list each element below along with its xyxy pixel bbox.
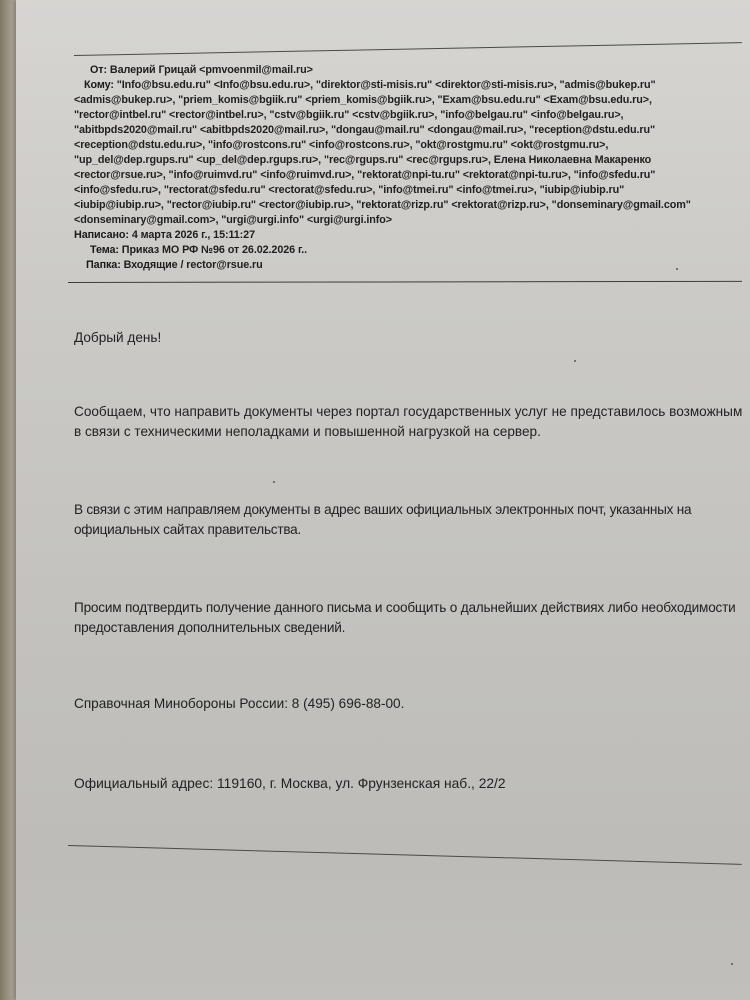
paper-speck bbox=[676, 268, 678, 270]
to-line: <rector@rsue.ru>, "info@ruimvd.ru" <info… bbox=[74, 168, 734, 183]
from-row: От: Валерий Грицай <pmvoenmil@mail.ru> bbox=[74, 63, 734, 78]
to-row: Кому: "Info@bsu.edu.ru" <Info@bsu.edu.ru… bbox=[74, 78, 734, 93]
greeting: Добрый день! bbox=[74, 328, 744, 348]
folder-row: Папка: Входящие / rector@rsue.ru bbox=[74, 258, 734, 273]
sent-label: Написано: bbox=[74, 229, 129, 241]
to-line: <donseminary@gmail.com>, "urgi@urgi.info… bbox=[74, 213, 734, 228]
subject-value: Приказ МО РФ №96 от 26.02.2026 г.. bbox=[122, 244, 307, 256]
to-line: "up_del@dep.rgups.ru" <up_del@dep.rgups.… bbox=[74, 153, 734, 168]
paragraph-portal-failure: Сообщаем, что направить документы через … bbox=[74, 402, 744, 442]
to-line: <iubip@iubip.ru>, "rector@iubip.ru" <rec… bbox=[74, 198, 734, 213]
folder-label: Папка: bbox=[86, 259, 121, 271]
to-line: "abitbpds2020@mail.ru" <abitbpds2020@mai… bbox=[74, 123, 734, 138]
email-header: От: Валерий Грицай <pmvoenmil@mail.ru> К… bbox=[74, 63, 734, 273]
paper-speck bbox=[731, 963, 733, 965]
paragraph-email-delivery: В связи с этим направляем документы в ад… bbox=[74, 500, 744, 540]
paper-speck bbox=[273, 481, 275, 483]
subject-row: Тема: Приказ МО РФ №96 от 26.02.2026 г.. bbox=[74, 243, 734, 258]
to-line: "rector@intbel.ru" <rector@intbel.ru>, "… bbox=[74, 108, 734, 123]
reference-phone: Справочная Минобороны России: 8 (495) 69… bbox=[74, 694, 744, 714]
to-line: <reception@dstu.edu.ru>, "info@rostcons.… bbox=[74, 138, 734, 153]
from-value: Валерий Грицай <pmvoenmil@mail.ru> bbox=[110, 64, 313, 76]
paragraph-confirmation-request: Просим подтвердить получение данного пис… bbox=[74, 598, 744, 638]
to-label: Кому: bbox=[84, 79, 114, 91]
folder-value: Входящие / rector@rsue.ru bbox=[124, 259, 263, 271]
from-label: От: bbox=[90, 64, 107, 76]
paper-speck bbox=[574, 360, 576, 362]
to-line: "Info@bsu.edu.ru" <Info@bsu.edu.ru>, "di… bbox=[117, 79, 656, 91]
to-line: <admis@bukep.ru>, "priem_komis@bgiik.ru"… bbox=[74, 93, 734, 108]
sent-value: 4 марта 2026 г., 15:11:27 bbox=[132, 229, 255, 241]
to-line: <info@sfedu.ru>, "rectorat@sfedu.ru" <re… bbox=[74, 183, 734, 198]
sent-row: Написано: 4 марта 2026 г., 15:11:27 bbox=[74, 228, 734, 243]
official-address: Официальный адрес: 119160, г. Москва, ул… bbox=[74, 774, 744, 794]
subject-label: Тема: bbox=[90, 244, 119, 256]
